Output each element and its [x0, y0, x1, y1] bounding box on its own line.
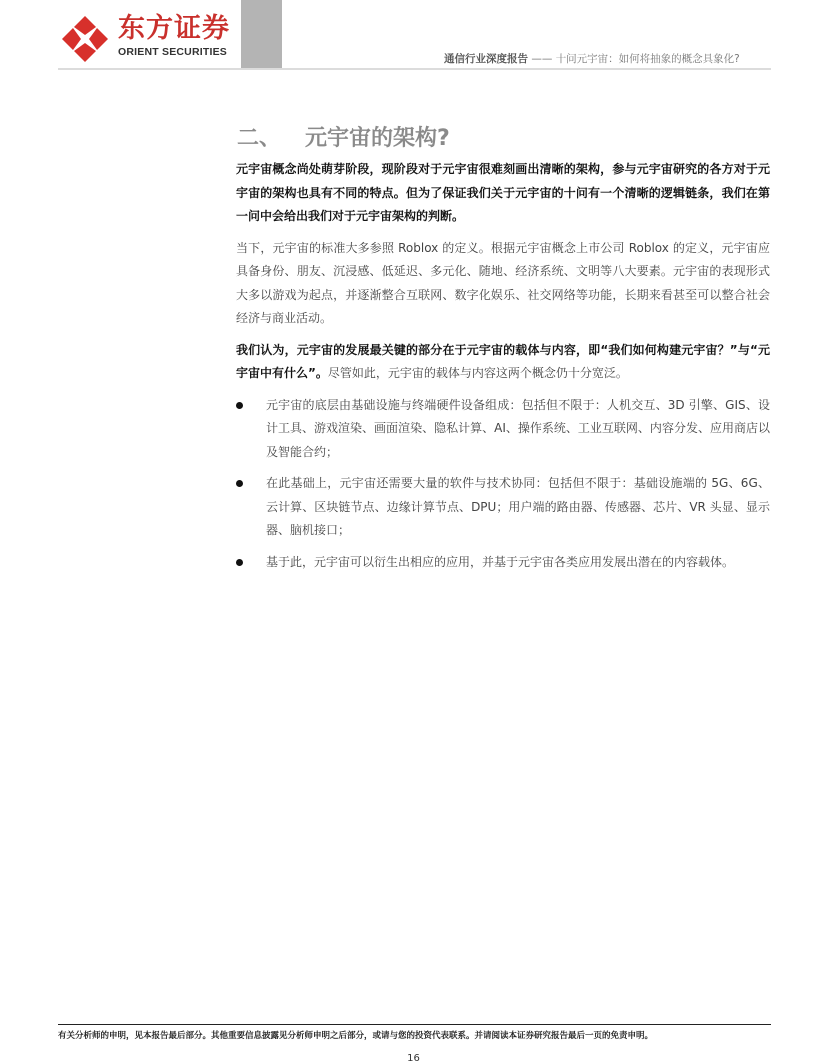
bullet-dot-icon — [236, 402, 243, 409]
body-content: 元宇宙概念尚处萌芽阶段，现阶段对于元宇宙很难刻画出清晰的架构，参与元宇宙研究的各… — [236, 158, 770, 582]
header-divider — [58, 68, 771, 70]
bullet-text: 基于此，元宇宙可以衍生出相应的应用，并基于元宇宙各类应用发展出潜在的内容载体。 — [266, 555, 734, 569]
bullet-dot-icon — [236, 559, 243, 566]
report-title: 十问元宇宙：如何将抽象的概念具象化? — [556, 53, 740, 65]
roblox-paragraph: 当下，元宇宙的标准大多参照 Roblox 的定义。根据元宇宙概念上市公司 Rob… — [236, 237, 770, 331]
logo-english-name: ORIENT SECURITIES — [118, 46, 227, 58]
logo-chinese-name: 东方证券 — [118, 14, 230, 44]
section-number: 二、 — [237, 126, 281, 151]
section-heading: 二、元宇宙的架构? — [237, 121, 450, 152]
header-separator: —— — [528, 53, 556, 65]
report-header-title: 通信行业深度报告 —— 十问元宇宙：如何将抽象的概念具象化? — [444, 51, 740, 66]
page-number: 16 — [0, 1053, 827, 1062]
bullet-dot-icon — [236, 480, 243, 487]
header-gray-tab — [241, 0, 282, 68]
bullet-item-software: 在此基础上，元宇宙还需要大量的软件与技术协同：包括但不限于：基础设施端的 5G、… — [236, 472, 770, 543]
bullet-text: 在此基础上，元宇宙还需要大量的软件与技术协同：包括但不限于：基础设施端的 5G、… — [266, 476, 770, 537]
bullet-list: 元宇宙的底层由基础设施与终端硬件设备组成：包括但不限于：人机交互、3D 引擎、G… — [236, 394, 770, 575]
bullet-item-infrastructure: 元宇宙的底层由基础设施与终端硬件设备组成：包括但不限于：人机交互、3D 引擎、G… — [236, 394, 770, 465]
footer-divider — [58, 1024, 771, 1025]
bullet-item-applications: 基于此，元宇宙可以衍生出相应的应用，并基于元宇宙各类应用发展出潜在的内容载体。 — [236, 551, 770, 575]
orient-logo-icon — [60, 14, 110, 64]
view-paragraph-normal: 尽管如此，元宇宙的载体与内容这两个概念仍十分宽泛。 — [328, 366, 628, 380]
bullet-text: 元宇宙的底层由基础设施与终端硬件设备组成：包括但不限于：人机交互、3D 引擎、G… — [266, 398, 770, 459]
report-type: 通信行业深度报告 — [444, 53, 528, 65]
footer-disclaimer: 有关分析师的申明，见本报告最后部分。其他重要信息披露见分析师申明之后部分，或请与… — [58, 1029, 653, 1041]
section-title-text: 元宇宙的架构? — [305, 126, 450, 151]
intro-paragraph: 元宇宙概念尚处萌芽阶段，现阶段对于元宇宙很难刻画出清晰的架构，参与元宇宙研究的各… — [236, 158, 770, 229]
view-paragraph: 我们认为，元宇宙的发展最关键的部分在于元宇宙的载体与内容，即“我们如何构建元宇宙… — [236, 339, 770, 386]
